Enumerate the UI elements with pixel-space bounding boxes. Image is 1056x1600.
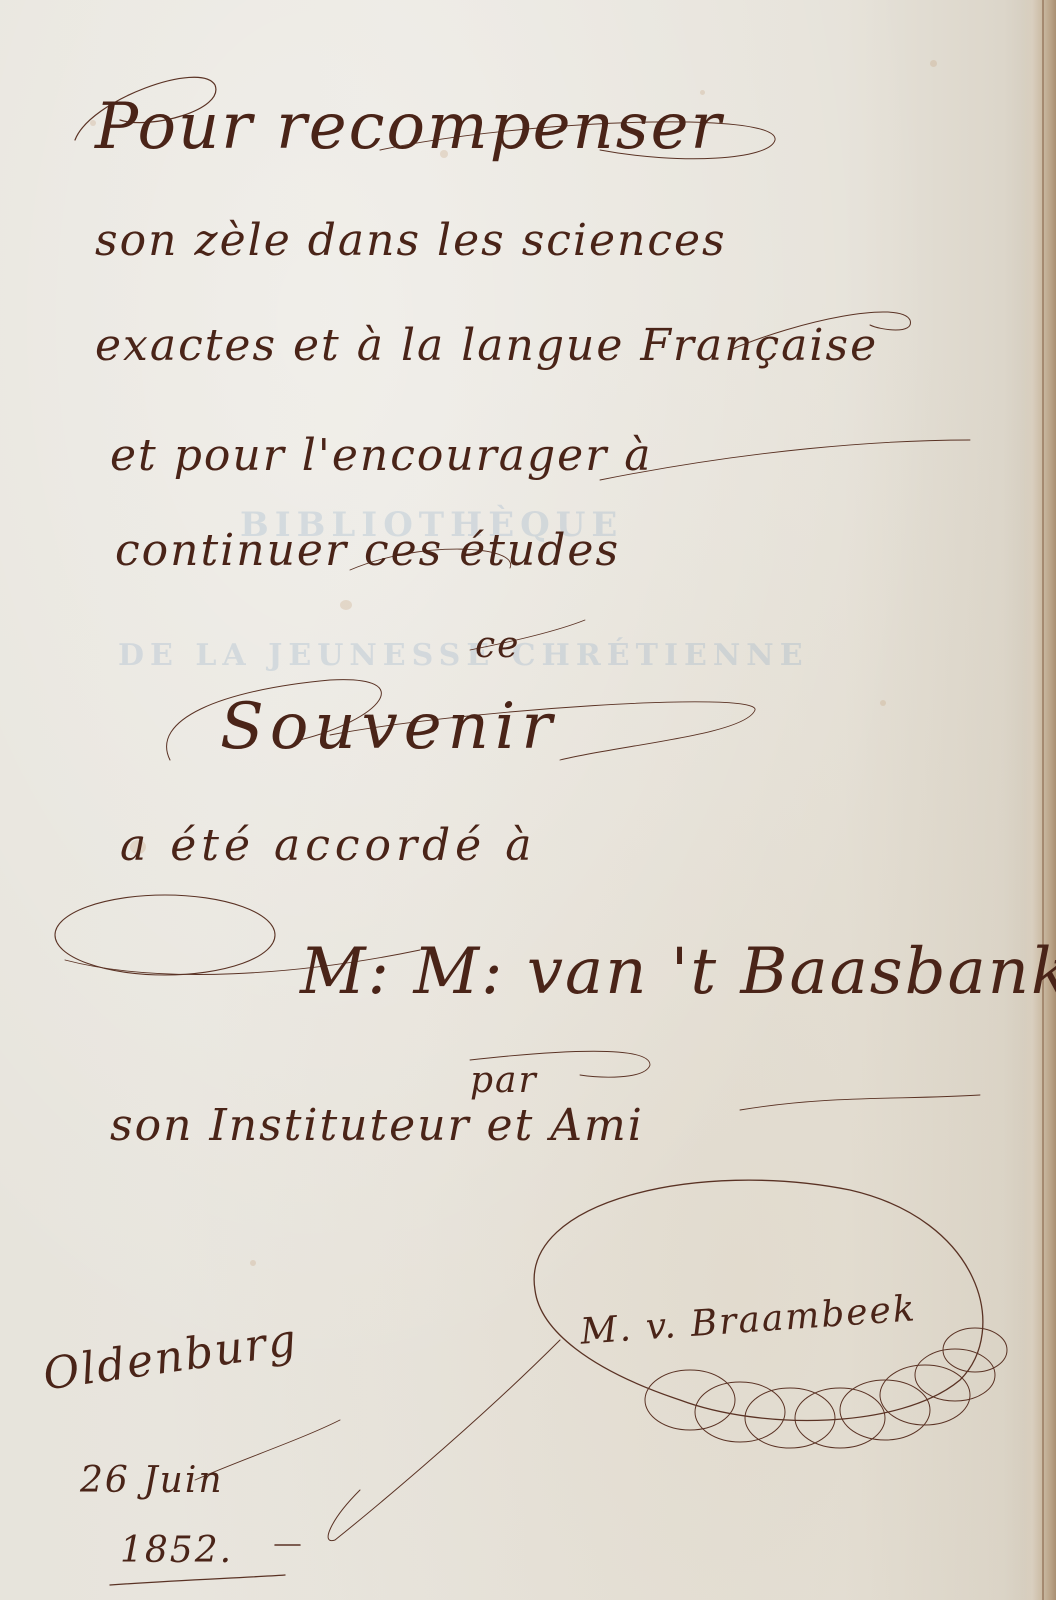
dedication-line-3: exactes et à la langue Française bbox=[95, 320, 878, 371]
dedication-line-11: son Instituteur et Ami bbox=[110, 1100, 644, 1151]
dedication-line-1: Pour recompenser bbox=[95, 90, 723, 164]
page-edge bbox=[1022, 0, 1056, 1600]
foxing-spot bbox=[930, 60, 937, 67]
dedication-line-4: et pour l'encourager à bbox=[110, 430, 652, 481]
signature: M. v. Braambeek bbox=[579, 1288, 918, 1352]
foxing-spot bbox=[880, 700, 886, 706]
dedication-line-8: a été accordé à bbox=[120, 820, 536, 871]
dedication-line-10: par bbox=[470, 1060, 538, 1101]
dedication-line-6: ce bbox=[475, 625, 520, 666]
document-page: BIBLIOTHÈQUE DE LA JEUNESSE CHRÉTIENNE bbox=[0, 0, 1056, 1600]
dedication-line-2: son zèle dans les sciences bbox=[95, 215, 727, 266]
recipient-name: M: M: van 't Baasbank bbox=[300, 935, 1056, 1009]
foxing-spot bbox=[250, 1260, 256, 1266]
place: Oldenburg bbox=[40, 1314, 301, 1400]
souvenir-heading: Souvenir bbox=[220, 690, 558, 764]
page-edge-line bbox=[1042, 0, 1044, 1600]
dedication-line-5: continuer ces études bbox=[115, 525, 620, 576]
date-day-month: 26 Juin bbox=[80, 1460, 224, 1501]
library-stamp-line2: DE LA JEUNESSE CHRÉTIENNE bbox=[118, 638, 809, 673]
foxing-spot bbox=[340, 600, 352, 610]
date-year: 1852. bbox=[120, 1530, 233, 1571]
